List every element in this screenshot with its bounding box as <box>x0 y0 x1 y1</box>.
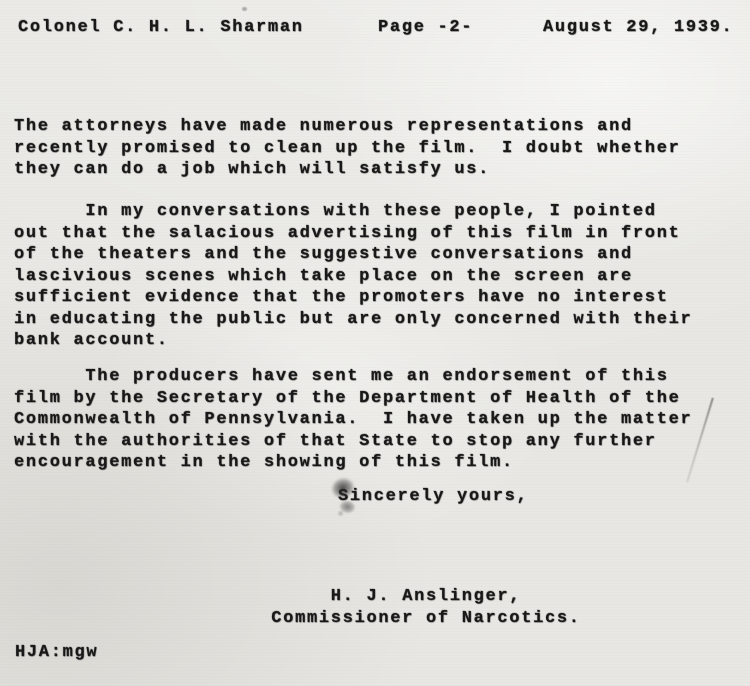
paragraph-line: Commonwealth of Pennsylvania. I have tak… <box>14 409 692 431</box>
paragraph-line: The producers have sent me an endorsemen… <box>14 366 692 388</box>
paragraph-line: In my conversations with these people, I… <box>14 201 692 223</box>
paragraph-line: they can do a job which will satisfy us. <box>14 159 681 181</box>
paragraph-line: The attorneys have made numerous represe… <box>14 116 681 138</box>
letter-page: Colonel C. H. L. Sharman Page -2- August… <box>0 0 750 686</box>
paragraph-2: In my conversations with these people, I… <box>14 201 692 352</box>
paragraph-3: The producers have sent me an endorsemen… <box>14 366 692 474</box>
paragraph-1: The attorneys have made numerous represe… <box>14 116 681 181</box>
letter-header: Colonel C. H. L. Sharman Page -2- August… <box>0 17 750 39</box>
signature-title: Commissioner of Narcotics. <box>245 608 607 630</box>
paragraph-line: film by the Secretary of the Department … <box>14 388 692 410</box>
paragraph-line: with the authorities of that State to st… <box>14 431 692 453</box>
header-page-number: Page -2- <box>378 17 473 39</box>
signature-name: H. J. Anslinger, <box>245 586 607 608</box>
signature-block: H. J. Anslinger, Commissioner of Narcoti… <box>245 586 607 629</box>
paragraph-line: sufficient evidence that the promoters h… <box>14 287 692 309</box>
header-date: August 29, 1939. <box>543 17 733 39</box>
paragraph-line: of the theaters and the suggestive conve… <box>14 244 692 266</box>
paragraph-line: out that the salacious advertising of th… <box>14 223 692 245</box>
header-recipient: Colonel C. H. L. Sharman <box>18 17 304 39</box>
paragraph-line: encouragement in the showing of this fil… <box>14 452 692 474</box>
typist-initials: HJA:mgw <box>15 642 98 664</box>
paragraph-line: recently promised to clean up the film. … <box>14 138 681 160</box>
closing-salutation: Sincerely yours, <box>338 486 528 508</box>
paragraph-line: lascivious scenes which take place on th… <box>14 266 692 288</box>
paragraph-line: bank account. <box>14 330 692 352</box>
paragraph-line: in educating the public but are only con… <box>14 309 692 331</box>
paper-speck <box>242 7 247 11</box>
